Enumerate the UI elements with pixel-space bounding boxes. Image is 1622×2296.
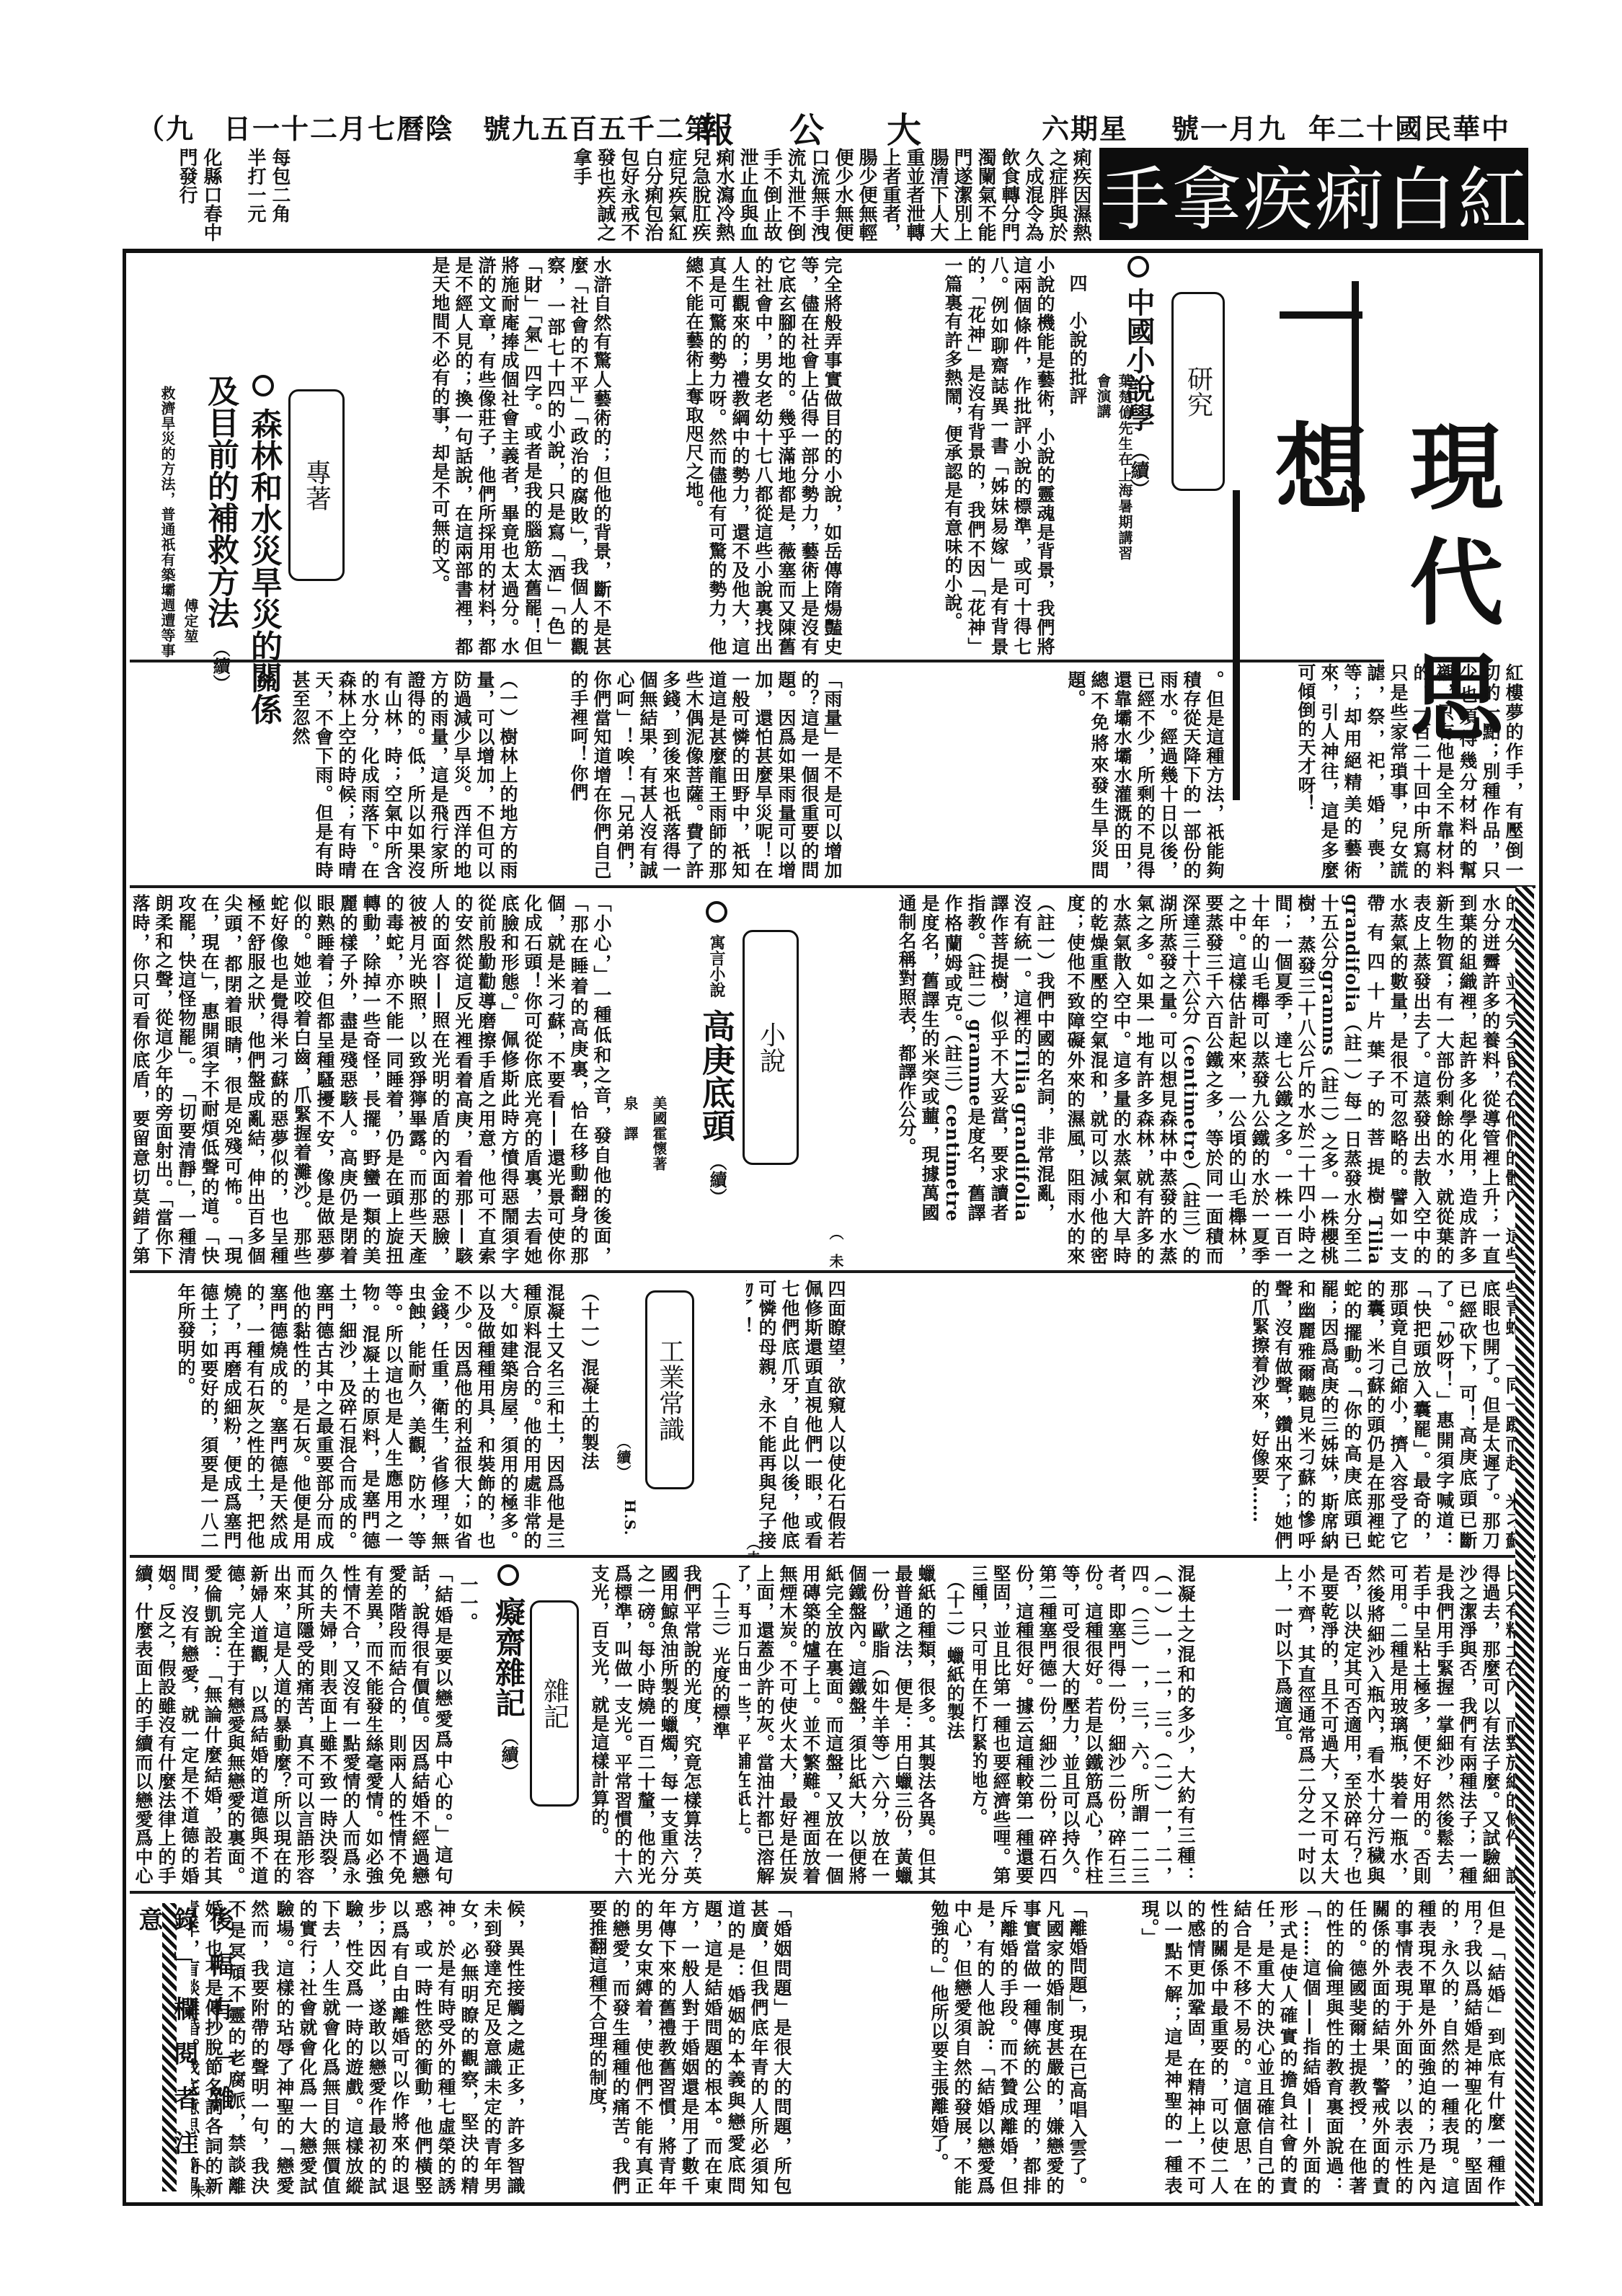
section-label-fiction: 小說 (743, 930, 799, 1165)
ad-price-per-pack: 每包二角 (269, 148, 291, 223)
story-paragraph: 些青蛇，一同一蹦而起，米刁蘇底眼也開了。但是太遲了。那刀已經砍下，可！高庚底頭已… (854, 1280, 1525, 1550)
section-label-miscellany: 雜記 (530, 1600, 579, 1807)
continued-marker: （續） (498, 1728, 519, 1780)
story-title-text: 高庚底頭 (697, 1009, 736, 1142)
continued-marker: （未完） (743, 1535, 764, 1557)
footer-notice-char: 欄 (169, 1996, 198, 2041)
divider-band-2 (130, 885, 1535, 888)
industry-paragraph: 混凝土又名三和土，因爲他是三種原料混合的。他的用處非常的大。如建築房屋，須用的極… (133, 1283, 566, 1550)
article-paragraph: 完全將般弄事實做目的的小說，如岳傳隋煬豔史等，儘在社會上佔得一部分勢力，藝術上是… (620, 256, 843, 656)
lunar-date: 日一十二月七曆陰 (223, 107, 454, 146)
essay-paragraph: 候，異性接觸之處正多，許多智識未到發達充足及意識未定的青年男女，必無明瞭的觀察，… (274, 1900, 526, 2195)
ad-body-text: 痢疾因濕熱之症胖與於久成混令為飲食轉分門濁闌氣不能門遂潔別上腸清下人大重並者泄轉… (310, 148, 1092, 241)
continued-marker: （續） (706, 1153, 727, 1205)
page-number: （九 (137, 107, 195, 146)
masthead: （九 日一十二月七曆陰 號九五百五千二第 報 公 大 六期星 號一月九 年二十國… (123, 101, 1546, 144)
essay-paragraph: 但是「結婚」到底有什麼一種作用？我以爲結婚是神聖化的，堅固的，永久的，自然的一種… (1096, 1900, 1507, 2195)
section-label-industry: 工業常識 (645, 1290, 694, 1489)
column-author: H.S. (620, 1499, 642, 1543)
article-footnotes: （註一）我們中國的名詞，非常混亂，沒有統一。這裡的Tilia grandifol… (818, 894, 1056, 1222)
article-paragraph: 。但是這種方法，祇能夠積存從天降下的一部份的雨水。經過幾十日以後，已經不少，所剩… (851, 670, 1226, 879)
republic-year: 年二十國民華中 (1308, 107, 1510, 146)
article-paragraph: 「雨量」是不是可以增加的？這是一個很重要的問題。因爲如果雨量可以增加，還怕甚麼旱… (526, 670, 843, 879)
ad-price-dozen: 半打一元 (244, 148, 266, 223)
article-subhead: 四 小說的批評 (1060, 274, 1089, 562)
article-paragraph: （一）樹林上的地方的雨量，可以增加，不但可以防過減少旱災。西洋的地方的雨量，這是… (133, 670, 519, 879)
article-paragraph: 的水分，並不完全留存在他們的體內。這些水分迸霽許多的養料，從導管裡上升；一直到葉… (1063, 894, 1525, 1265)
subheading: （十三）光度的標準 (706, 1572, 732, 1881)
ad-banner-char: 痢 (1315, 145, 1384, 244)
ad-price: 每包二角 半打一元 (234, 148, 292, 241)
bullet-circle-icon (252, 375, 274, 396)
section-label-monograph: 專著 (288, 389, 345, 581)
ad-banner: 紅 白 痢 疾 拿 手 (1099, 148, 1528, 240)
subheading: （十二）蠟紙的製法 (941, 1572, 966, 1881)
footer-notice-char: 有 (205, 1996, 234, 2041)
story-paragraph: 四面瞭望，欲窺人以使化石假若佩修斯還頭直視他們一眼，或看七他們底爪牙，自此以後，… (746, 1280, 847, 1550)
ad-banner-char: 手 (1101, 145, 1170, 244)
advertisement: 化縣口春中門發行 每包二角 半打一元 痢疾因濕熱之症胖與於久成混令為飲食轉分門濁… (130, 148, 1528, 245)
article-paragraph: 紅樓夢的作手，有壓倒一切的一點；別種作品，只少也須得幾分材料的幫襯，只有他是全不… (1247, 663, 1525, 879)
essay-paragraph: 「結婚是要以戀愛爲中心的。」這句話，說得很有價值。因爲結婚不經過戀愛的階段而結合… (133, 1564, 454, 1885)
right-ornamental-border (1515, 887, 1534, 2206)
newspaper-page: （九 日一十二月七曆陰 號九五百五千二第 報 公 大 六期星 號一月九 年二十國… (123, 101, 1546, 2206)
story-title-gorgon-head: 寓言小說 高庚底頭 （續） (670, 901, 735, 1262)
section-label-text: 小說 (753, 1021, 789, 1073)
section-label-text: 工業常識 (652, 1338, 688, 1442)
industry-paragraph: 我們平常說的光度，究竟怎樣算法？英國用鯨魚油所製的蠟燭，每一支重六分之一磅。每小… (584, 1564, 703, 1885)
continued-marker: （未完） (825, 1225, 847, 1269)
bullet-circle-icon (1127, 256, 1149, 278)
footer-notice-char: 閱 (169, 2041, 198, 2086)
essay-subsection-number: 一一。 (458, 1575, 479, 1647)
footer-notice-char: 注 (169, 2130, 198, 2175)
article-intro: 救濟旱災的方法，普通祇有築壩週遭等事 (136, 386, 179, 660)
bullet-circle-icon (706, 901, 727, 923)
story-genre: 寓言小說 (707, 934, 726, 998)
industry-paragraph: 蠟紙的種類，很多。其製法各異。但其最普通之法，便是：用白蠟三份，黃蠟一份，歐脂（… (739, 1564, 937, 1885)
footer-notice-char: 者 (169, 2086, 198, 2130)
footer-notice: 後幅有「雜錄」欄閱者注意 (131, 1907, 237, 2195)
article-author: 傅定堃 (180, 598, 202, 670)
divider-band-3 (130, 1270, 1535, 1273)
ad-banner-char: 白 (1386, 145, 1455, 244)
industry-paragraph: 混凝土之混和的多少，大約有三種：（一）一，二，三。（二）一，二，四。（三）一，三… (973, 1564, 1197, 1885)
logo-divider-rule (1233, 490, 1240, 800)
divider-band-1 (130, 660, 1384, 662)
story-paragraph: 「小心，」一種低和之音，發自他的後面，「那在睡着的高庚裏，恰在移動翻身的那個，就… (133, 894, 613, 1265)
footer-notice-char: 幅 (205, 1951, 234, 1996)
footer-notice-char: 後 (205, 1907, 234, 1951)
continued-marker: （續） (606, 1435, 634, 1492)
divider-band-4 (130, 1555, 1535, 1558)
ad-banner-char: 疾 (1244, 145, 1313, 244)
issue-number: 號九五百五千二第 (483, 107, 714, 146)
ad-distributor: 化縣口春中門發行 (130, 148, 223, 241)
article-paragraph: 水滸自然有驚人藝術的；但他的背景，斷不是甚麼「社會的不平」「政治的腐敗」，我個人… (332, 256, 613, 656)
essay-paragraph: 「離婚問題」，現在已高唱入雲了。凡國家的婚制度甚嚴的，嫌戀愛的事實當做一種傳統的… (800, 1900, 1089, 2195)
weekday: 六期星 (1042, 107, 1128, 146)
subheading: （十一）混凝土的製法 (575, 1283, 601, 1550)
essay-paragraph: 「婚姻問題」是很大的問題，所包甚廣，但我們底年青的人所必須知道的是：婚姻的本義與… (533, 1900, 793, 2195)
ad-banner-char: 紅 (1458, 145, 1527, 244)
section-label-text: 雜記 (536, 1677, 573, 1729)
section-label-text: 專著 (298, 459, 335, 511)
industry-paragraph: 比只有粘土在內，而對於細的條件，說得過去，那麼可以有法子麼。又試驗細沙之潔淨與否… (1204, 1564, 1525, 1885)
bullet-circle-icon (497, 1564, 519, 1586)
article-byline: 葉楚傖先生在上海暑期講習會演講 (1092, 373, 1135, 561)
issue-date: 號一月九 (1171, 107, 1287, 146)
article-paragraph: 小說的機能是藝術，小說的靈魂是背景，我們將這兩個條件，作批評小說的標準，或可十得… (851, 256, 1056, 656)
essay-title-text: 癡齋雜記 (491, 1597, 526, 1718)
divider-band-5 (130, 1891, 1535, 1894)
paper-name-char-bao: 報 (699, 102, 735, 152)
story-translator: 泉 譯 (620, 1096, 642, 1240)
section-label-text: 研究 (1180, 365, 1217, 417)
footer-notice-char: 意 (134, 1907, 163, 1951)
story-author: 美國霍懷著 (642, 1096, 670, 1240)
paper-name-char-da: 大 (887, 102, 923, 152)
logo-crossbar-icon (1280, 311, 1362, 319)
story-paragraph-text: 佩修斯此時方憤得惡鬧須字從前殷勤勸導磨擦手盾之用意，他可不直索的安然從這反光裡看… (291, 894, 520, 1265)
paper-name-char-gong: 公 (789, 102, 825, 152)
essay-title: 癡齋雜記 （續） (483, 1564, 526, 1881)
ad-banner-char: 拿 (1172, 145, 1241, 244)
section-label-research: 研究 (1171, 292, 1225, 491)
